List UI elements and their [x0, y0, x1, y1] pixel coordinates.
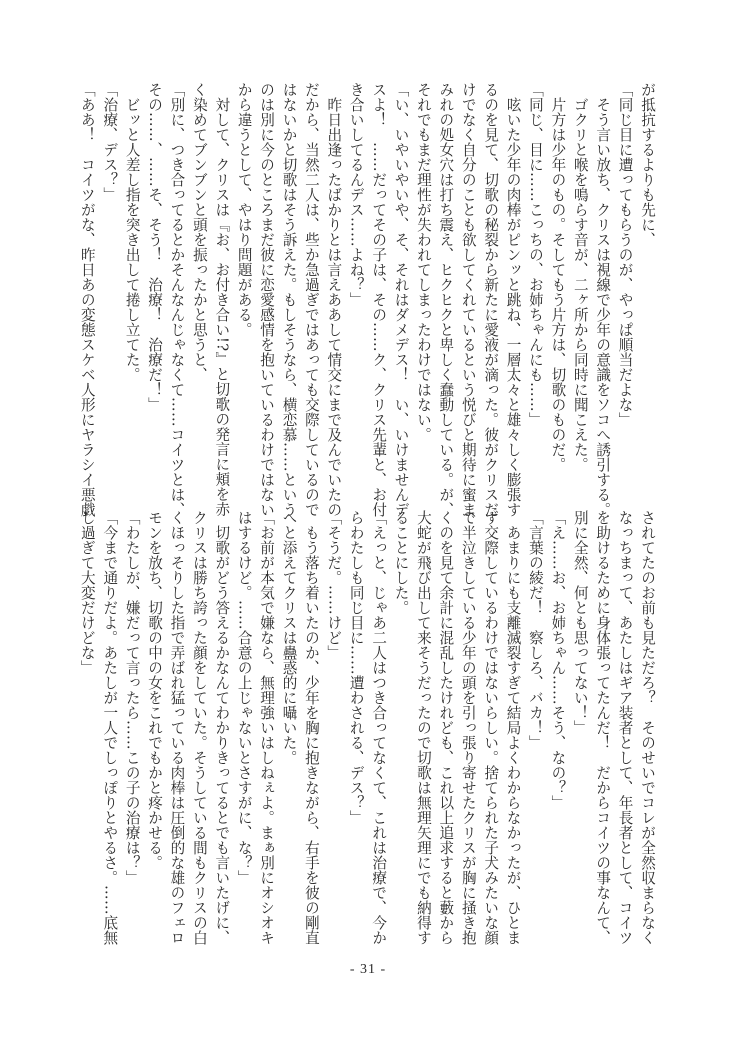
text-line: 昨日出逢ったばかりとは言えああして情交にまで及んでいたの — [322, 82, 344, 492]
text-line: 「治療、デス？」 — [98, 82, 120, 492]
text-line: もう落ち着いたのか、少年を胸に抱きながら、右手を彼の剛直 — [300, 510, 322, 920]
text-line: だから、当然二人は、些か急過ぎではあっても交際しているので — [300, 82, 322, 492]
text-line: 対して、クリスは『お、お付き合い!?』と切歌の発言に頬を赤 — [210, 82, 232, 492]
text-line: されてたのお前も見ただろ？ そのせいでコレが全然収まらなく — [636, 510, 658, 920]
text-line: 「えっと、じゃあ二人はつき合ってなくて、これは治療で、今か — [367, 510, 389, 920]
text-line: あまりにも支離滅裂すぎて結局よくわからなかったが、ひとま — [501, 510, 523, 920]
text-line: で半泣きしている少年の頭を引っ張り寄せたクリスが胸に掻き抱 — [456, 510, 478, 920]
text-line: クリスは勝ち誇った顔をしていた。そうしている間もクリスの白 — [187, 510, 209, 920]
text-line: 「同じ、目に……こっちの、お姉ちゃんにも……」 — [524, 82, 546, 492]
text-line: ビッと人差し指を突き出して捲し立てた。 — [120, 82, 142, 492]
text-line: 「別に、つき合ってるとかそんなんじゃなくて……コイツとは、 — [165, 82, 187, 492]
text-line: へと添えてクリスは蠱惑的に囁いた。 — [277, 510, 299, 920]
text-line: 片方は少年のもの。そしてもう片方は、切歌のものだ。 — [546, 82, 568, 492]
text-line: 「ああ！ コイツがな、昨日あの変態スケベ人形にヤラシイ悪戯 — [75, 82, 97, 492]
text-line: はないかと切歌はそう訴えた。もしそうなら、横恋慕……という — [277, 82, 299, 492]
text-line: き合いしてるんデス……よね？」 — [344, 82, 366, 492]
text-line: けでなく自分のことも欲してくれているという悦びと期待に蜜ま — [456, 82, 478, 492]
text-line: 「え……お、お姉ちゃん……そう、なの？」 — [546, 510, 568, 920]
text-line: そう言い放ち、クリスは視線で少年の意識をソコへ誘引する。 — [591, 82, 613, 492]
text-line: 「い、いやいやいや、そ、それはダメデス！ い、いけませんデ — [389, 82, 411, 492]
text-line: 別に全然、何とも思ってない！」 — [568, 510, 590, 920]
text-line: なっちまって、あたしはギア装者として、年長者として、コイツ — [613, 510, 635, 920]
lower-text-block: されてたのお前も見ただろ？ そのせいでコレが全然収まらなくなっちまって、あたしは… — [78, 510, 658, 920]
text-line: くのを見て余計に混乱したけれども、これ以上追求すると藪から — [434, 510, 456, 920]
text-line: らわたしも同じ目に……遭わされる、デス？」 — [344, 510, 366, 920]
text-line: その……、……そ、そう！ 治療！ 治療だ！」 — [143, 82, 165, 492]
upper-text-block: が抵抗するよりも先に、「同じ目に遭ってもらうのが、やっぱ順当だよな」 そう言い放… — [78, 82, 658, 492]
text-line: 「そうだ。……けど」 — [322, 510, 344, 920]
text-line: く染めてブンブンと頭を振ったかと思うと、 — [187, 82, 209, 492]
text-line: 「お前が本気で嫌なら、無理強いはしねぇよ。まぁ別にオシオキ — [255, 510, 277, 920]
text-line: し過ぎて大変だけどな」 — [75, 510, 97, 920]
text-line: 切歌がどう答えるかなんてわかりきってるとでも言いたげに、 — [210, 510, 232, 920]
text-line: みれの処女穴は打ち震え、ヒクヒクと卑しく蠢動している。が、 — [434, 82, 456, 492]
text-line: が抵抗するよりも先に、 — [636, 82, 658, 492]
text-line: 「わたしが、嫌だって言ったら……この子の治療は？」 — [120, 510, 142, 920]
text-line: から違うとして、やはり問題がある。 — [232, 82, 254, 492]
text-line: くほっそりした指で弄ばれ猛っている肉棒は圧倒的な雄のフェロ — [165, 510, 187, 920]
text-line: はするけど。……合意の上じゃないとさすがに、な？」 — [232, 510, 254, 920]
text-line: 「同じ目に遭ってもらうのが、やっぱ順当だよな」 — [613, 82, 635, 492]
text-line: ることにした。 — [389, 510, 411, 920]
text-line: 「言葉の綾だ！ 察しろ、バカ！」 — [524, 510, 546, 920]
text-line: 「今まで通りだよ。あたしが一人でしっぽりとやるさ。……底無 — [98, 510, 120, 920]
text-line: スよ！ ……だってその子は、その……ク、クリス先輩と、お付 — [367, 82, 389, 492]
text-line: 大蛇が飛び出して来そうだったので切歌は無理矢理にでも納得す — [412, 510, 434, 920]
text-line: のは別に今のところまだ彼に恋愛感情を抱いているわけではない — [255, 82, 277, 492]
text-line: モンを放ち、切歌の中の女をこれでもかと疼かせる。 — [143, 510, 165, 920]
text-line: それでもまだ理性が失われてしまったわけではない。 — [412, 82, 434, 492]
text-line: るのを見て、切歌の秘裂から新たに愛液が滴った。彼がクリスだ — [479, 82, 501, 492]
text-line: を助けるために身体張ってたんだ！ だからコイツの事なんて、 — [591, 510, 613, 920]
text-line: ゴクリと喉を鳴らす音が、二ヶ所から同時に聞こえた。 — [568, 82, 590, 492]
text-line: ず交際しているわけではないらしい。捨てられた子犬みたいな顔 — [479, 510, 501, 920]
page-number: - 31 - — [0, 962, 736, 978]
text-line: 呟いた少年の肉棒がピンッと跳ね、一層太々と雄々しく膨張す — [501, 82, 523, 492]
